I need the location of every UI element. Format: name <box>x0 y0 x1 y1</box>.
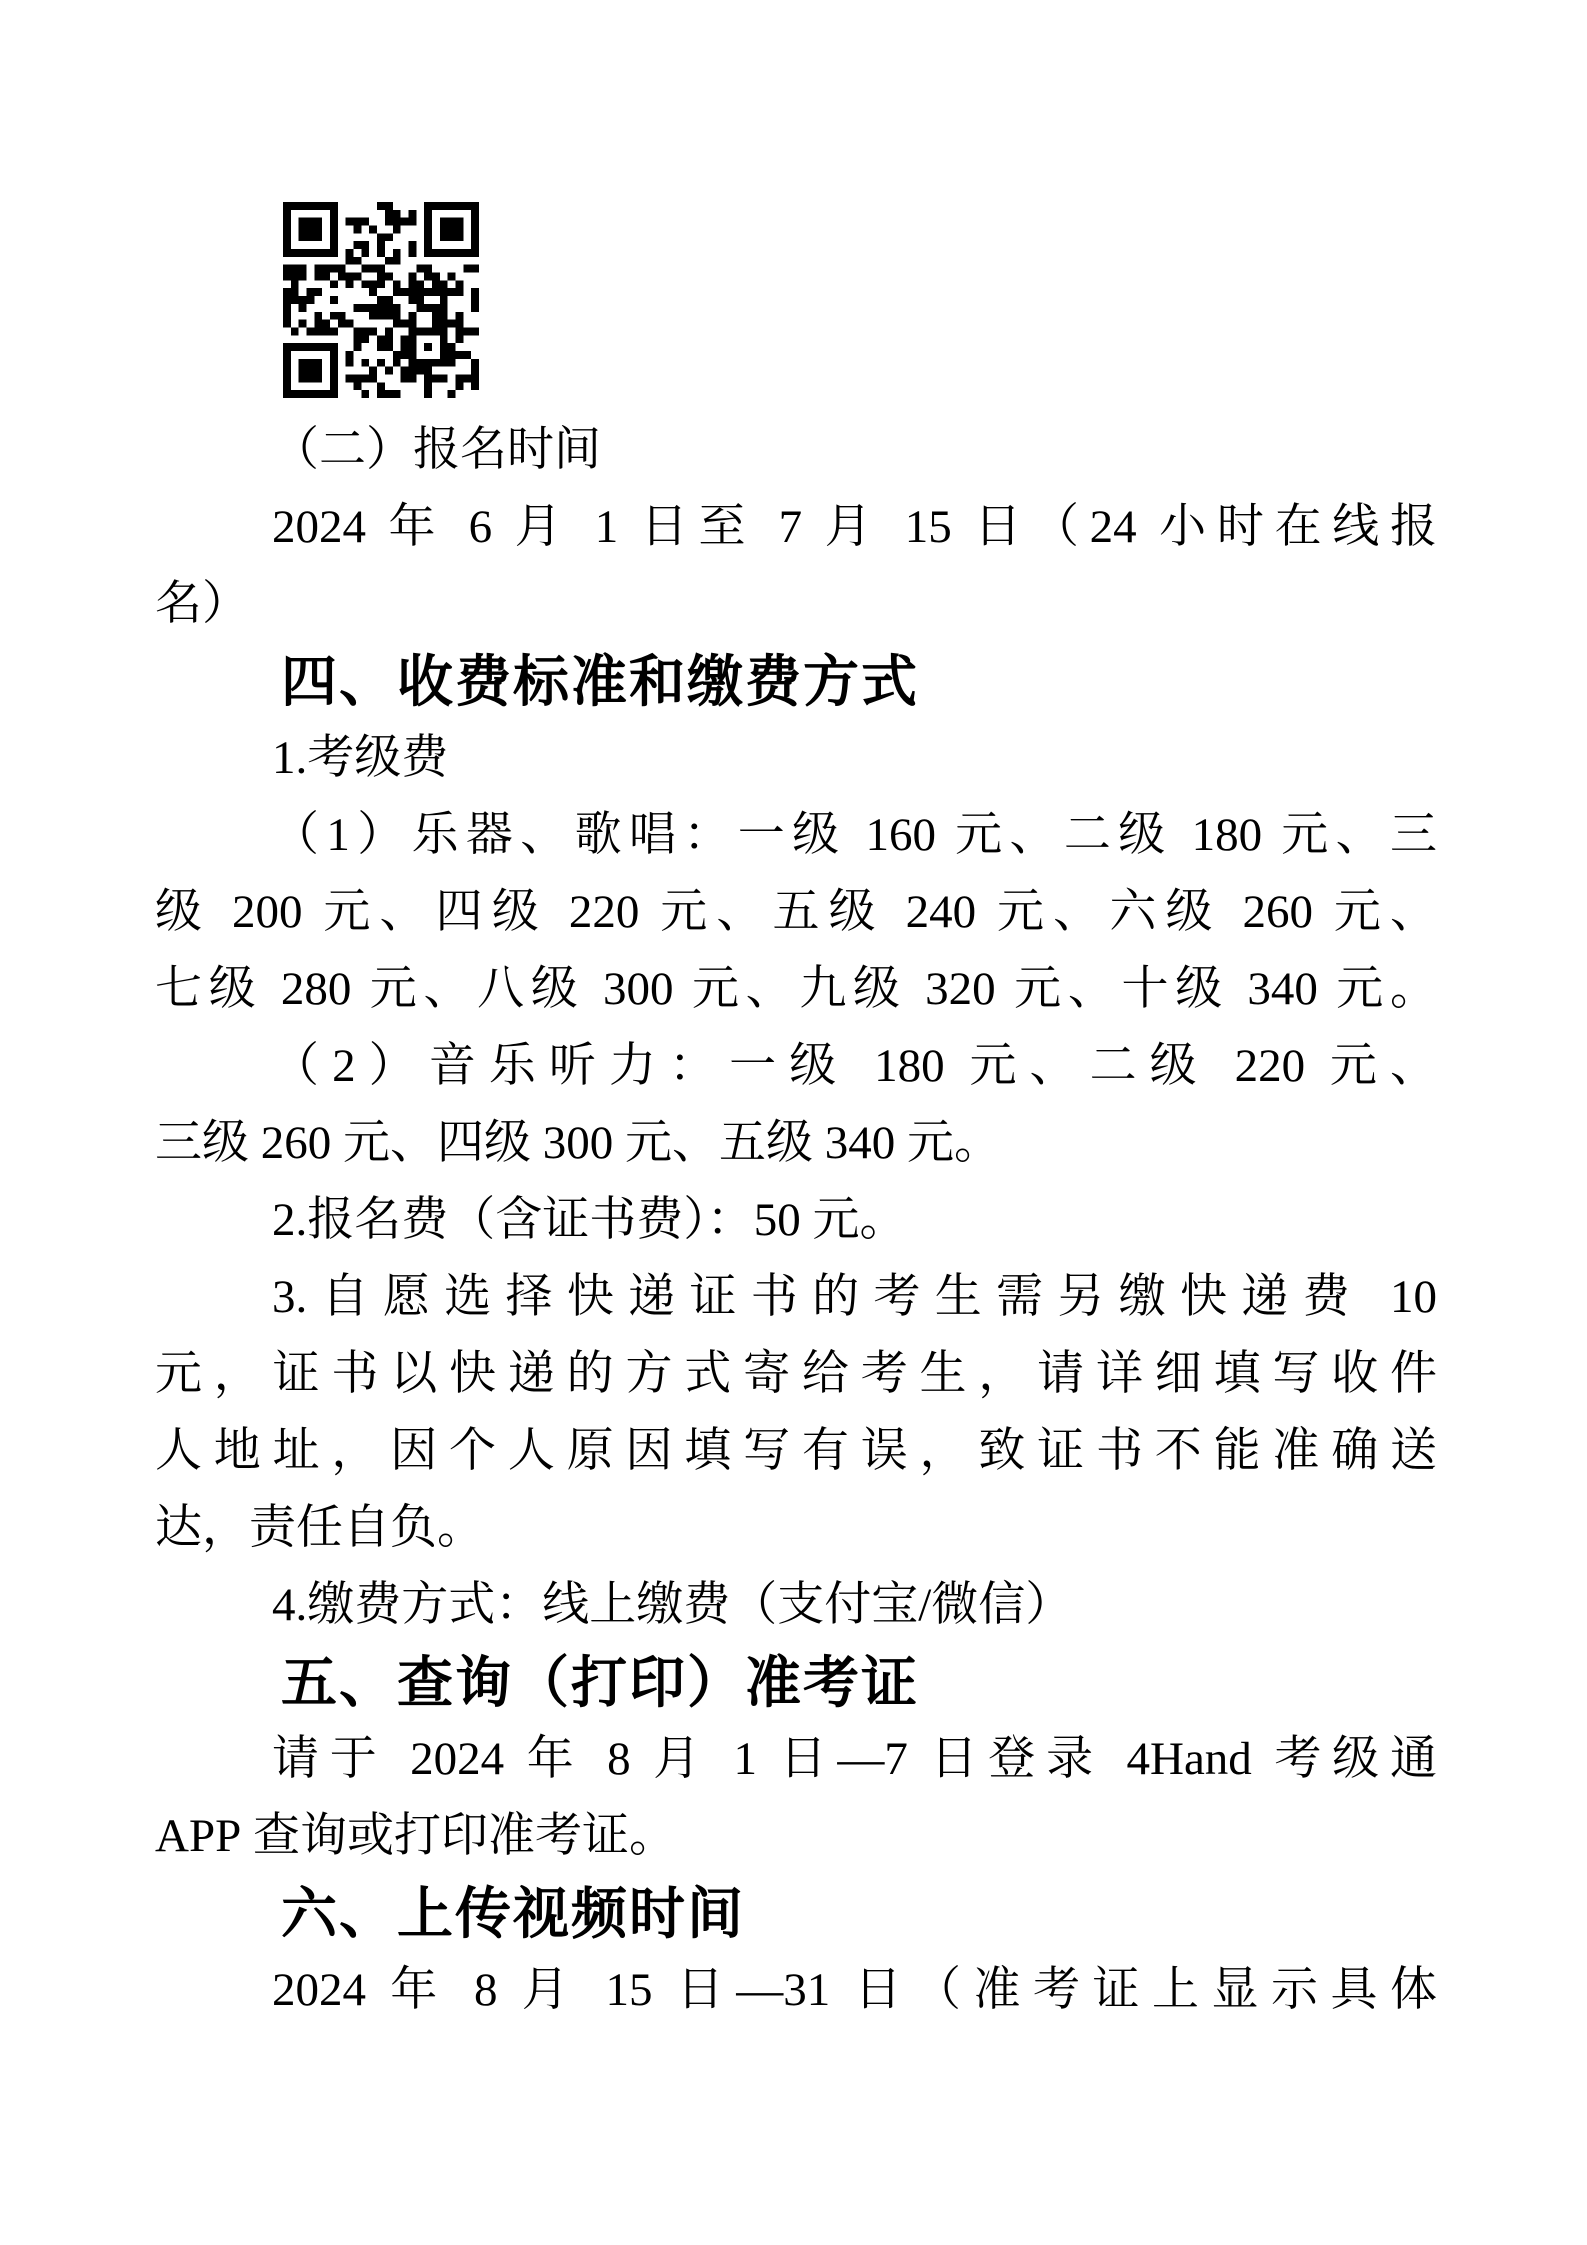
text-line: 达，责任自负。 <box>155 1490 1437 1567</box>
text-line: 元，证书以快递的方式寄给考生，请详细填写收件 <box>155 1336 1437 1413</box>
text-line: 2024 年 8 月 15 日—31 日（准考证上显示具体 <box>155 1952 1437 2029</box>
text-line: 名） <box>155 566 1437 643</box>
document-page: （二）报名时间2024 年 6 月 1 日至 7 月 15 日（24 小时在线报… <box>0 0 1587 2245</box>
text-line: 2024 年 6 月 1 日至 7 月 15 日（24 小时在线报 <box>155 489 1437 566</box>
text-line: （二）报名时间 <box>155 412 1437 489</box>
text-line: APP 查询或打印准考证。 <box>155 1798 1437 1875</box>
qr-code-icon <box>283 202 479 398</box>
text-line: 人地址，因个人原因填写有误，致证书不能准确送 <box>155 1413 1437 1490</box>
section-heading: 六、上传视频时间 <box>155 1875 1437 1952</box>
text-line: （1）乐器、歌唱：一级 160 元、二级 180 元、三 <box>155 797 1437 874</box>
document-body: （二）报名时间2024 年 6 月 1 日至 7 月 15 日（24 小时在线报… <box>155 412 1437 2029</box>
text-line: 三级 260 元、四级 300 元、五级 340 元。 <box>155 1105 1437 1182</box>
text-line: 1.考级费 <box>155 720 1437 797</box>
text-line: 七级 280 元、八级 300 元、九级 320 元、十级 340 元。 <box>155 951 1437 1028</box>
text-line: 2.报名费（含证书费）：50 元。 <box>155 1182 1437 1259</box>
text-line: 3.自愿选择快递证书的考生需另缴快递费 10 <box>155 1259 1437 1336</box>
section-heading: 四、收费标准和缴费方式 <box>155 643 1437 720</box>
text-line: 级 200 元、四级 220 元、五级 240 元、六级 260 元、 <box>155 874 1437 951</box>
text-line: （2）音乐听力：一级 180 元、二级 220 元、 <box>155 1028 1437 1105</box>
text-line: 4.缴费方式：线上缴费（支付宝/微信） <box>155 1567 1437 1644</box>
text-line: 请于 2024 年 8 月 1 日—7 日登录 4Hand 考级通 <box>155 1721 1437 1798</box>
section-heading: 五、查询（打印）准考证 <box>155 1644 1437 1721</box>
